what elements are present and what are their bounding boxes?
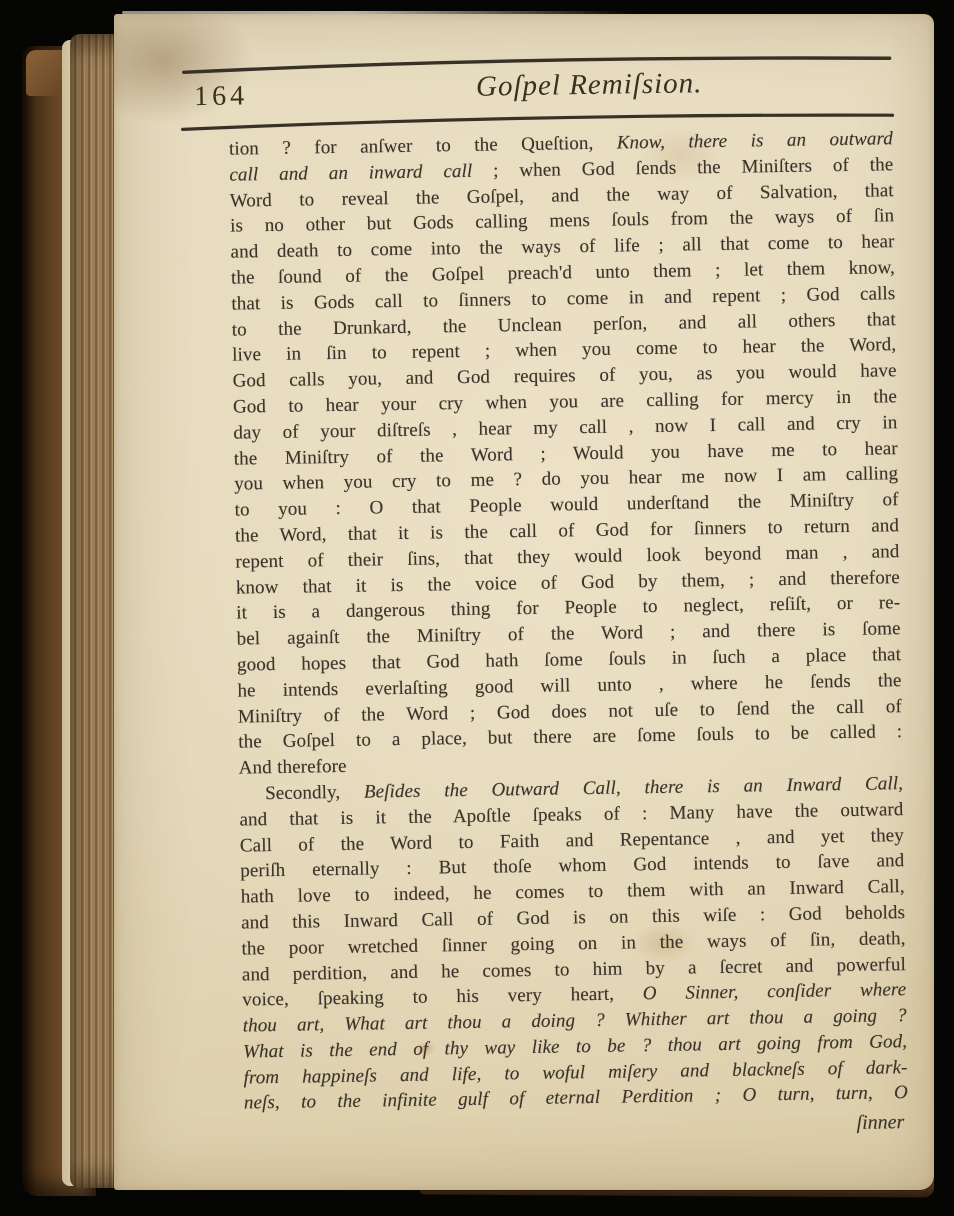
book-scan: 164 Goſpel Remiſsion. tion ? for anſwer … (22, 10, 934, 1192)
book-page: 164 Goſpel Remiſsion. tion ? for anſwer … (114, 14, 934, 1190)
italic-run: O Sinner, conſider where (643, 979, 907, 1004)
paragraph: Secondly, Beſides the Outward Call, ther… (239, 771, 908, 1117)
roman-run: Secondly, (265, 782, 364, 805)
running-title: Goſpel Remiſsion. (476, 67, 703, 104)
roman-run: ; when God ſends the Miniſters of the (472, 154, 893, 182)
body-text: tion ? for anſwer to the Queſtion, Know,… (229, 126, 909, 1146)
paragraph: tion ? for anſwer to the Queſtion, Know,… (229, 126, 903, 781)
roman-run: tion ? for anſwer to the Queſtion, (229, 133, 617, 160)
roman-run: And therefore (239, 756, 347, 779)
printed-content: 164 Goſpel Remiſsion. tion ? for anſwer … (113, 8, 951, 1197)
italic-run: Know, there is an outward (617, 128, 893, 153)
page-number: 164 (194, 80, 248, 113)
italic-run: call and an inward call (229, 161, 472, 186)
roman-run: voice, ſpeaking to his very heart, (242, 984, 643, 1011)
